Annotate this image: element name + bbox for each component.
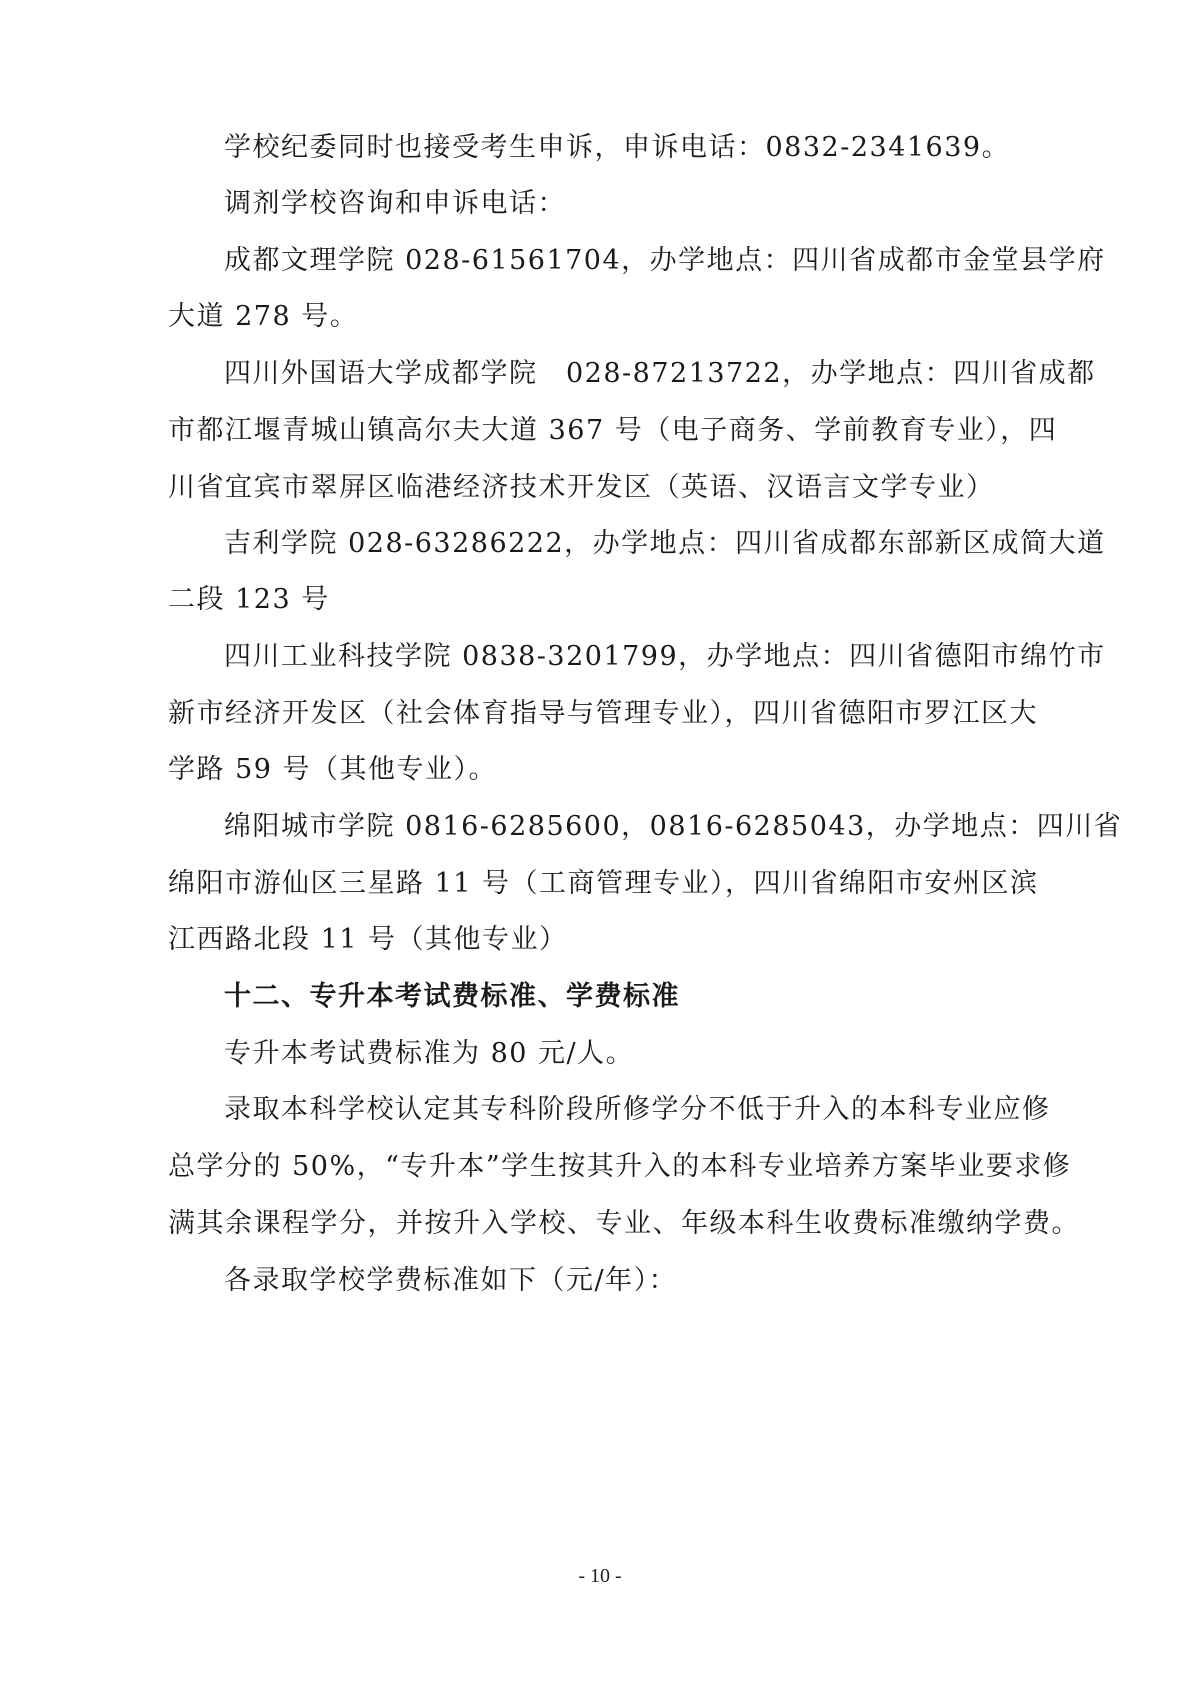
school-mycs-line-1: 绵阳城市学院 0816-6285600，0816-6285043，办学地点：四川…	[224, 807, 1036, 847]
school-scgykj-line-3: 学路 59 号（其他专业）。	[168, 750, 497, 790]
school-scwgy-line-2: 市都江堰青城山镇高尔夫大道 367 号（电子商务、学前教育专业），四	[168, 411, 1036, 451]
school-cdwl-line-2: 大道 278 号。	[168, 297, 358, 337]
school-mycs-line-2: 绵阳市游仙区三星路 11 号（工商管理专业），四川省绵阳市安州区滨	[168, 864, 1036, 904]
credit-rule-line-1: 录取本科学校认定其专科阶段所修学分不低于升入的本科专业应修	[224, 1090, 1036, 1130]
page-number: - 10 -	[0, 1565, 1200, 1588]
school-jili-line-1: 吉利学院 028-63286222，办学地点：四川省成都东部新区成简大道	[224, 524, 1036, 564]
paragraph-contact-heading: 调剂学校咨询和申诉电话：	[224, 184, 566, 224]
school-jili-line-2: 二段 123 号	[168, 580, 330, 620]
credit-rule-line-2: 总学分的 50%，“专升本”学生按其升入的本科专业培养方案毕业要求修	[168, 1147, 1036, 1187]
tuition-intro-line: 各录取学校学费标准如下（元/年）：	[224, 1261, 677, 1301]
school-scwgy-line-1: 四川外国语大学成都学院 028-87213722，办学地点：四川省成都	[224, 354, 1036, 394]
exam-fee-line: 专升本考试费标准为 80 元/人。	[224, 1034, 634, 1074]
section-12-heading: 十二、专升本考试费标准、学费标准	[224, 977, 680, 1017]
credit-rule-line-3: 满其余课程学分，并按升入学校、专业、年级本科生收费标准缴纳学费。	[168, 1204, 1036, 1244]
school-scgykj-line-2: 新市经济开发区（社会体育指导与管理专业），四川省德阳市罗江区大	[168, 694, 1036, 734]
school-mycs-line-3: 江西路北段 11 号（其他专业）	[168, 920, 568, 960]
school-cdwl-line-1: 成都文理学院 028-61561704，办学地点：四川省成都市金堂县学府	[224, 241, 1036, 281]
school-scgykj-line-1: 四川工业科技学院 0838-3201799，办学地点：四川省德阳市绵竹市	[224, 637, 1036, 677]
school-scwgy-line-3: 川省宜宾市翠屏区临港经济技术开发区（英语、汉语言文学专业）	[168, 468, 995, 508]
paragraph-complaint-line-1: 学校纪委同时也接受考生申诉，申诉电话：0832-2341639。	[224, 128, 1010, 168]
